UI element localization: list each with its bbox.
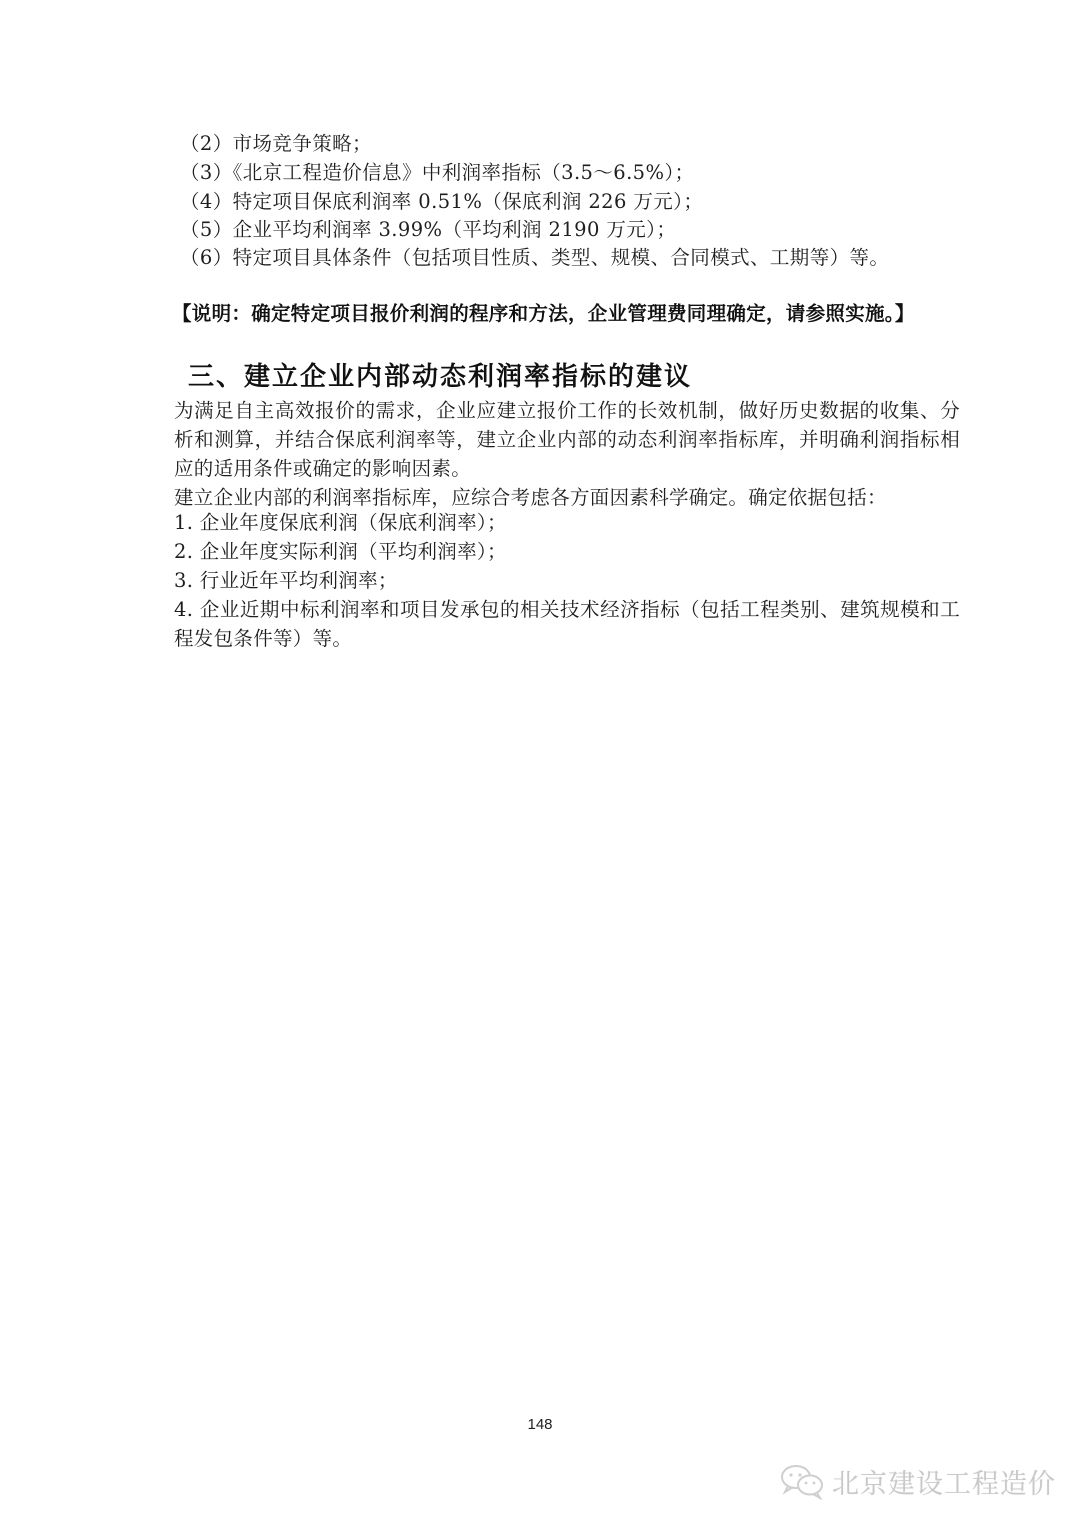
- explanation-note: 【说明：确定特定项目报价利润的程序和方法，企业管理费同理确定，请参照实施。】: [172, 301, 915, 327]
- paragraph-intro: 为满足自主高效报价的需求，企业应建立报价工作的长效机制，做好历史数据的收集、分析…: [146, 396, 960, 483]
- basis-item: 1. 企业年度保底利润（保底利润率）；: [174, 511, 507, 535]
- list-item: （4）特定项目保底利润率 0.51%（保底利润 226 万元）；: [180, 190, 703, 214]
- watermark-text: 北京建设工程造价: [832, 1462, 1056, 1501]
- page-number: 148: [527, 1416, 552, 1433]
- paragraph-text: 4. 企业近期中标利润率和项目发承包的相关技术经济指标（包括工程类别、建筑规模和…: [146, 595, 960, 653]
- list-item: （3）《北京工程造价信息》中利润率指标（3.5～6.5%）；: [180, 161, 694, 185]
- basis-item: 2. 企业年度实际利润（平均利润率）；: [174, 540, 507, 564]
- paragraph-text: 建立企业内部的利润率指标库，应综合考虑各方面因素科学确定。确定依据包括：: [146, 483, 960, 512]
- list-item: （5）企业平均利润率 3.99%（平均利润 2190 万元）；: [180, 218, 676, 242]
- wechat-icon: [780, 1464, 826, 1500]
- basis-item-4: 4. 企业近期中标利润率和项目发承包的相关技术经济指标（包括工程类别、建筑规模和…: [146, 595, 960, 653]
- list-item: （6）特定项目具体条件（包括项目性质、类型、规模、合同模式、工期等）等。: [180, 246, 889, 270]
- document-page: （2）市场竞争策略； （3）《北京工程造价信息》中利润率指标（3.5～6.5%）…: [0, 0, 1080, 1527]
- list-item: （2）市场竞争策略；: [180, 132, 372, 156]
- basis-item: 3. 行业近年平均利润率；: [174, 569, 398, 593]
- paragraph-text: 为满足自主高效报价的需求，企业应建立报价工作的长效机制，做好历史数据的收集、分析…: [146, 396, 960, 483]
- paragraph-basis: 建立企业内部的利润率指标库，应综合考虑各方面因素科学确定。确定依据包括：: [146, 483, 960, 512]
- watermark: 北京建设工程造价: [780, 1462, 1056, 1501]
- section-heading: 三、建立企业内部动态利润率指标的建议: [188, 360, 692, 394]
